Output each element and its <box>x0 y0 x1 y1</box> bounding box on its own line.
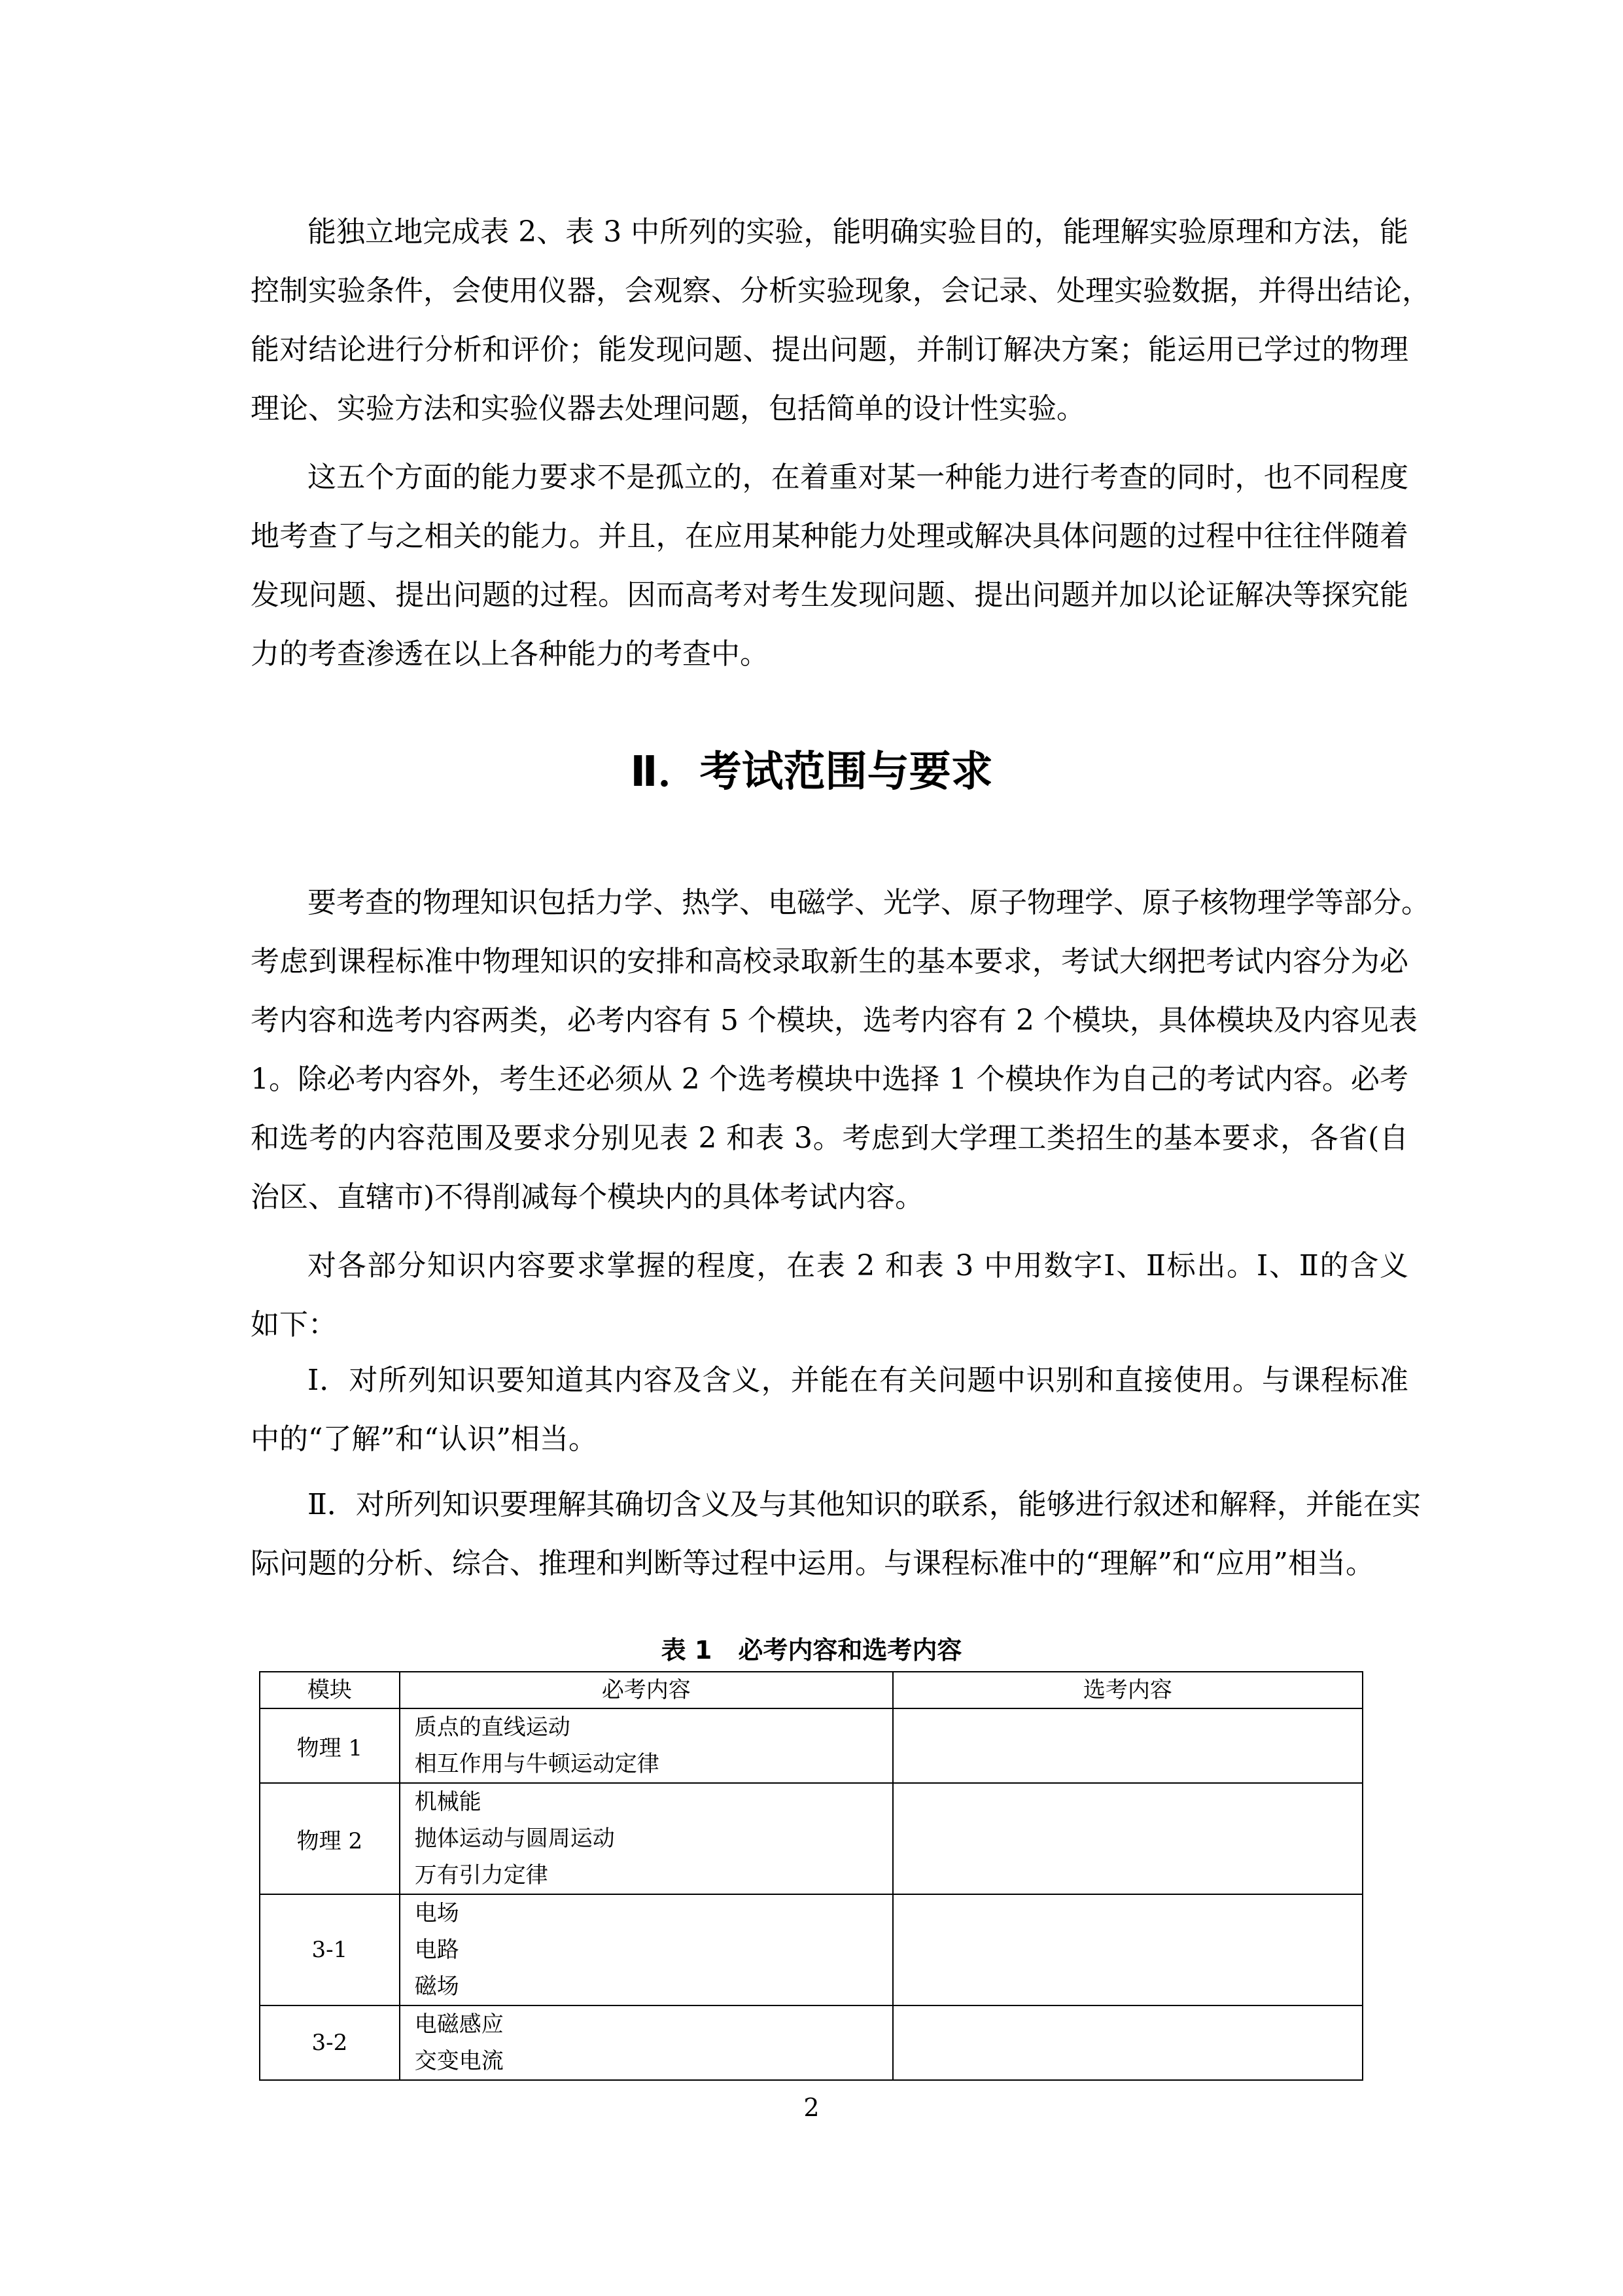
required-item: 电磁感应 <box>415 2006 892 2043</box>
required-item: 交变电流 <box>415 2043 892 2079</box>
required-item: 电场 <box>415 1895 892 1932</box>
text-line: 考内容和选考内容两类，必考内容有 5 个模块，选考内容有 2 个模块，具体模块及… <box>251 1001 1408 1040</box>
table-row: 物理 1 质点的直线运动 相互作用与牛顿运动定律 <box>260 1708 1363 1783</box>
page-number: 2 <box>0 2091 1623 2124</box>
cell-module: 3-2 <box>260 2005 400 2080</box>
cell-elective <box>893 1708 1363 1783</box>
text-line: 中的“了解”和“认识”相当。 <box>251 1420 1408 1459</box>
required-item: 质点的直线运动 <box>415 1709 892 1746</box>
text-line: 能对结论进行分析和评价；能发现问题、提出问题，并制订解决方案；能运用已学过的物理 <box>251 330 1408 370</box>
cell-elective <box>893 2005 1363 2080</box>
cell-module: 3-1 <box>260 1894 400 2005</box>
section-heading: Ⅱ．考试范围与要求 <box>0 746 1623 798</box>
cell-required: 电磁感应 交变电流 <box>400 2005 893 2080</box>
text-line: 力的考查渗透在以上各种能力的考查中。 <box>251 635 1408 674</box>
header-module: 模块 <box>260 1672 400 1708</box>
text-line: 地考查了与之相关的能力。并且，在应用某种能力处理或解决具体问题的过程中往往伴随着 <box>251 517 1408 556</box>
table-header-row: 模块 必考内容 选考内容 <box>260 1672 1363 1708</box>
header-required: 必考内容 <box>400 1672 893 1708</box>
text-line: 发现问题、提出问题的过程。因而高考对考生发现问题、提出问题并加以论证解决等探究能 <box>251 576 1408 615</box>
table-caption-number: 表 1 <box>661 1636 712 1665</box>
text-line: 这五个方面的能力要求不是孤立的，在着重对某一种能力进行考查的同时，也不同程度 <box>307 458 1408 497</box>
required-item: 磁场 <box>415 1968 892 2005</box>
table-row: 3-2 电磁感应 交变电流 <box>260 2005 1363 2080</box>
text-line: 际问题的分析、综合、推理和判断等过程中运用。与课程标准中的“理解”和“应用”相当… <box>251 1544 1408 1583</box>
text-line: 1。除必考内容外，考生还必须从 2 个选考模块中选择 1 个模块作为自己的考试内… <box>251 1060 1408 1099</box>
text-line: 理论、实验方法和实验仪器去处理问题，包括简单的设计性实验。 <box>251 389 1408 429</box>
header-elective: 选考内容 <box>893 1672 1363 1708</box>
text-line: 控制实验条件，会使用仪器，会观察、分析实验现象，会记录、处理实验数据，并得出结论… <box>251 272 1408 311</box>
required-item: 抛体运动与圆周运动 <box>415 1820 892 1857</box>
required-item: 电路 <box>415 1932 892 1968</box>
table-caption: 表 1必考内容和选考内容 <box>0 1634 1623 1667</box>
text-line: Ⅱ．对所列知识要理解其确切含义及与其他知识的联系，能够进行叙述和解释，并能在实 <box>307 1485 1408 1525</box>
text-line: 能独立地完成表 2、表 3 中所列的实验，能明确实验目的，能理解实验原理和方法，… <box>307 213 1408 252</box>
required-item: 机械能 <box>415 1784 892 1820</box>
table-row: 3-1 电场 电路 磁场 <box>260 1894 1363 2005</box>
table-caption-title: 必考内容和选考内容 <box>738 1636 962 1665</box>
table-row: 物理 2 机械能 抛体运动与圆周运动 万有引力定律 <box>260 1783 1363 1894</box>
cell-required: 机械能 抛体运动与圆周运动 万有引力定律 <box>400 1783 893 1894</box>
text-line: 和选考的内容范围及要求分别见表 2 和表 3。考虑到大学理工类招生的基本要求，各… <box>251 1119 1408 1158</box>
table-required-elective: 模块 必考内容 选考内容 物理 1 质点的直线运动 相互作用与牛顿运动定律 物理… <box>259 1671 1363 2081</box>
text-line: 治区、直辖市)不得削减每个模块内的具体考试内容。 <box>251 1178 1408 1217</box>
text-line: Ⅰ．对所列知识要知道其内容及含义，并能在有关问题中识别和直接使用。与课程标准 <box>307 1361 1408 1400</box>
required-item: 万有引力定律 <box>415 1857 892 1894</box>
text-line: 如下： <box>251 1305 1408 1345</box>
text-line: 考虑到课程标准中物理知识的安排和高校录取新生的基本要求，考试大纲把考试内容分为必 <box>251 942 1408 981</box>
cell-module: 物理 2 <box>260 1783 400 1894</box>
cell-required: 电场 电路 磁场 <box>400 1894 893 2005</box>
cell-elective <box>893 1783 1363 1894</box>
cell-required: 质点的直线运动 相互作用与牛顿运动定律 <box>400 1708 893 1783</box>
text-line: 对各部分知识内容要求掌握的程度，在表 2 和表 3 中用数字Ⅰ、Ⅱ标出。Ⅰ、Ⅱ的… <box>307 1246 1408 1286</box>
cell-module: 物理 1 <box>260 1708 400 1783</box>
text-line: 要考查的物理知识包括力学、热学、电磁学、光学、原子物理学、原子核物理学等部分。 <box>307 883 1408 923</box>
required-item: 相互作用与牛顿运动定律 <box>415 1746 892 1782</box>
cell-elective <box>893 1894 1363 2005</box>
